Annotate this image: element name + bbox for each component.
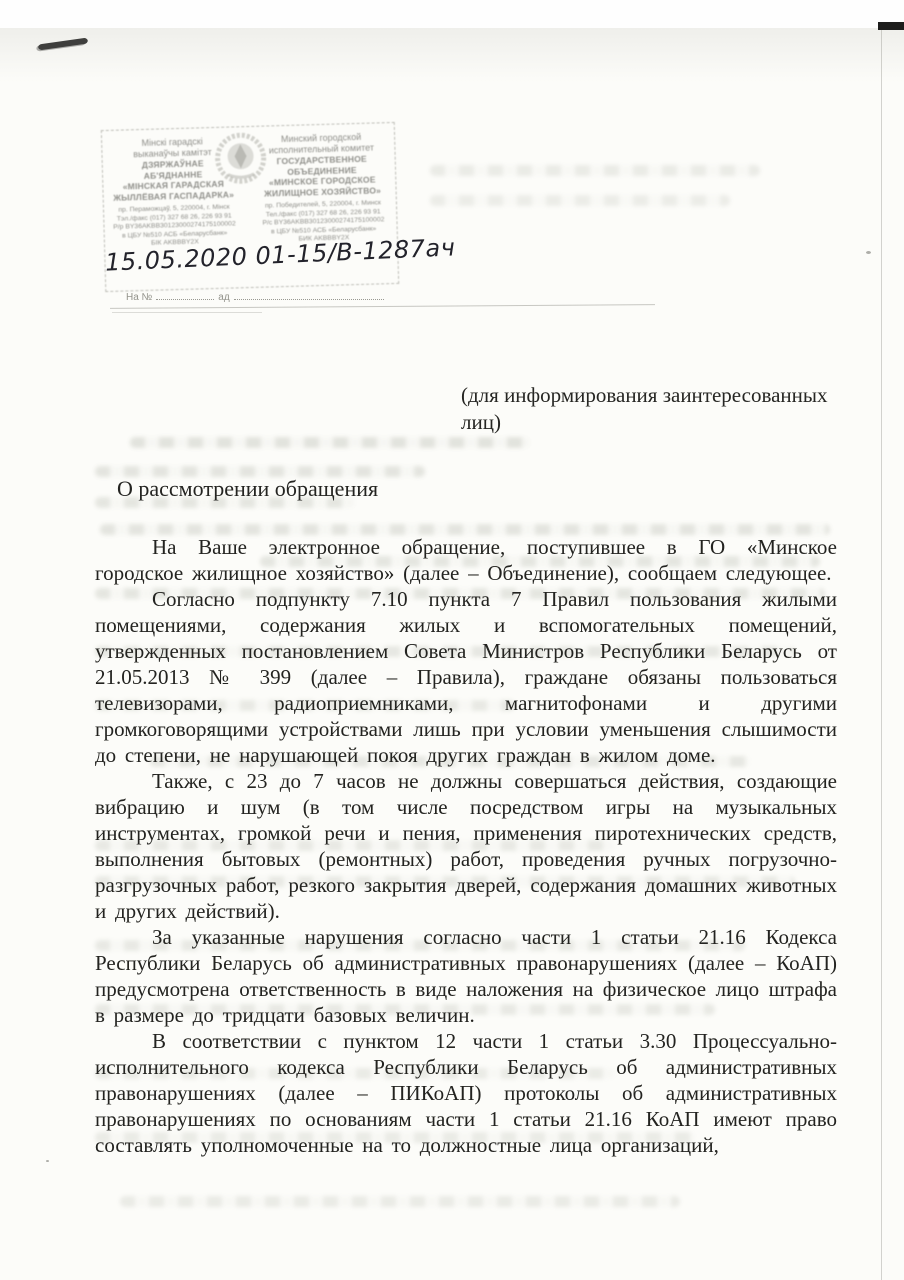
scanned-letter-page: Мінскі гарадскі выканаўчы камітэт ДЗЯРЖА… (0, 0, 904, 1280)
subject-line: О рассмотрении обращения (117, 476, 378, 502)
scan-top-margin (0, 0, 904, 28)
body-paragraph: На Ваше электронное обращение, поступивш… (95, 534, 837, 586)
bleedthrough-line (130, 437, 530, 448)
body-paragraph: Согласно подпункту 7.10 пункта 7 Правил … (95, 586, 837, 768)
letter-body: На Ваше электронное обращение, поступивш… (95, 534, 837, 1158)
scan-smudge-line (112, 312, 262, 313)
recipient-note: (для информирования заинтересованных лиц… (461, 382, 843, 436)
reference-separator-label: ад (218, 292, 229, 303)
coat-of-arms-emblem (213, 129, 269, 186)
bleedthrough-line (120, 1196, 680, 1207)
page-edge-line (881, 30, 882, 1280)
scan-smudge-line (110, 304, 655, 309)
reference-date-blank (234, 290, 384, 300)
reference-prefix-label: На № (126, 292, 152, 303)
reference-number-blank (156, 290, 214, 300)
bleedthrough-line (430, 195, 730, 206)
body-paragraph: Также, с 23 до 7 часов не должны соверша… (95, 768, 837, 924)
body-paragraph: За указанные нарушения согласно части 1 … (95, 924, 837, 1028)
scan-speck (46, 1160, 49, 1162)
letterhead-russian-column: Минский городской исполнительный комитет… (250, 131, 395, 246)
scan-speck (866, 251, 871, 254)
incoming-reference-line: На №ад (126, 290, 388, 303)
body-paragraph: В соответствии с пунктом 12 части 1 стат… (95, 1028, 837, 1158)
bleedthrough-line (430, 165, 760, 176)
scan-top-shadow (0, 28, 904, 83)
scan-corner-mark (878, 22, 904, 30)
